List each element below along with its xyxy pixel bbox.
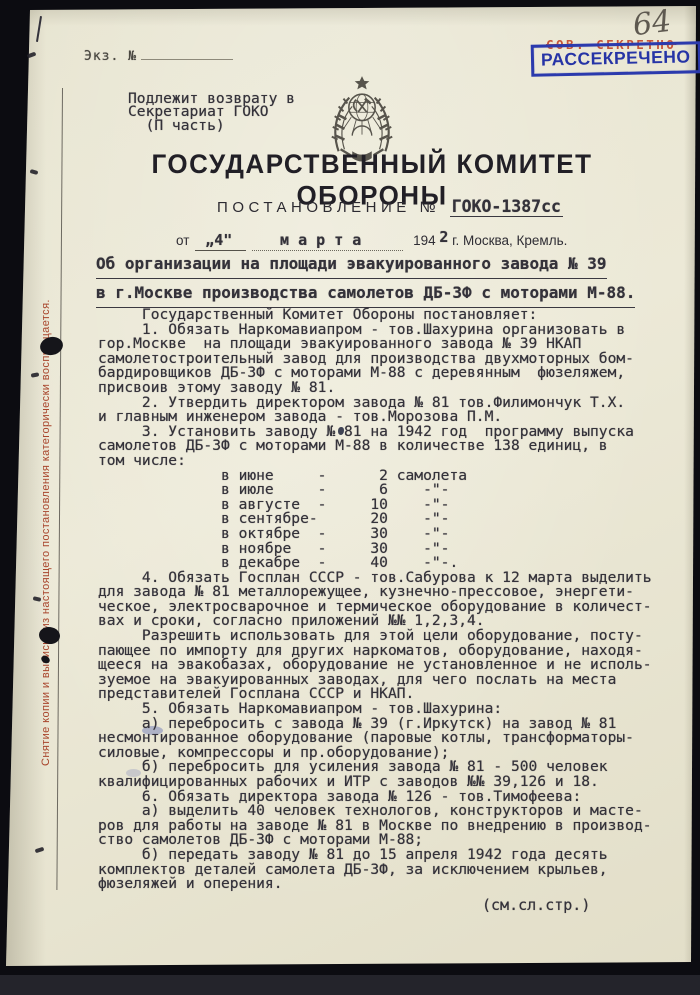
decree-label: ПОСТАНОВЛЕНИЕ №	[217, 199, 440, 216]
see-next-page-note: (см.сл.стр.)	[482, 896, 590, 914]
date-place: г. Москва, Кремль.	[452, 233, 567, 248]
date-year-typed: 2	[439, 228, 448, 246]
decree-subject: Об организации на площади эвакуированног…	[96, 250, 635, 308]
return-note-line: (П часть)	[128, 117, 225, 134]
scanned-decree-page: Снятие копии и выписки из настоящего пос…	[0, 0, 700, 995]
decree-body-text: Государственный Комитет Обороны постанов…	[98, 308, 652, 892]
date-row: от „4" м а р т а 194 2 г. Москва, Кремль…	[176, 231, 567, 251]
margin-warning-text: Снятие копии и выписки из настоящего пос…	[40, 258, 56, 766]
copy-number-text: Экз. №	[84, 49, 137, 64]
date-day: „4"	[195, 231, 246, 251]
date-from-label: от	[176, 233, 189, 248]
subject-line: Об организации на площади эвакуированног…	[96, 250, 607, 279]
decree-number-row: ПОСТАНОВЛЕНИЕ № ГОКО-1387сс	[90, 197, 690, 216]
date-year-printed: 194	[413, 233, 436, 248]
copy-number-label: Экз. №	[84, 48, 233, 64]
decree-number: ГОКО-1387сс	[450, 197, 563, 217]
date-month: м а р т а	[252, 231, 403, 251]
copy-number-blank-line	[141, 48, 233, 60]
return-note: Подлежит возврату в Секретариат ГОКО (П …	[128, 92, 295, 132]
scan-edge-strip	[0, 975, 700, 995]
subject-line: в г.Москве производства самолетов ДБ-3Ф …	[96, 279, 635, 308]
declassified-stamp: РАССЕКРЕЧЕНО	[531, 41, 700, 77]
